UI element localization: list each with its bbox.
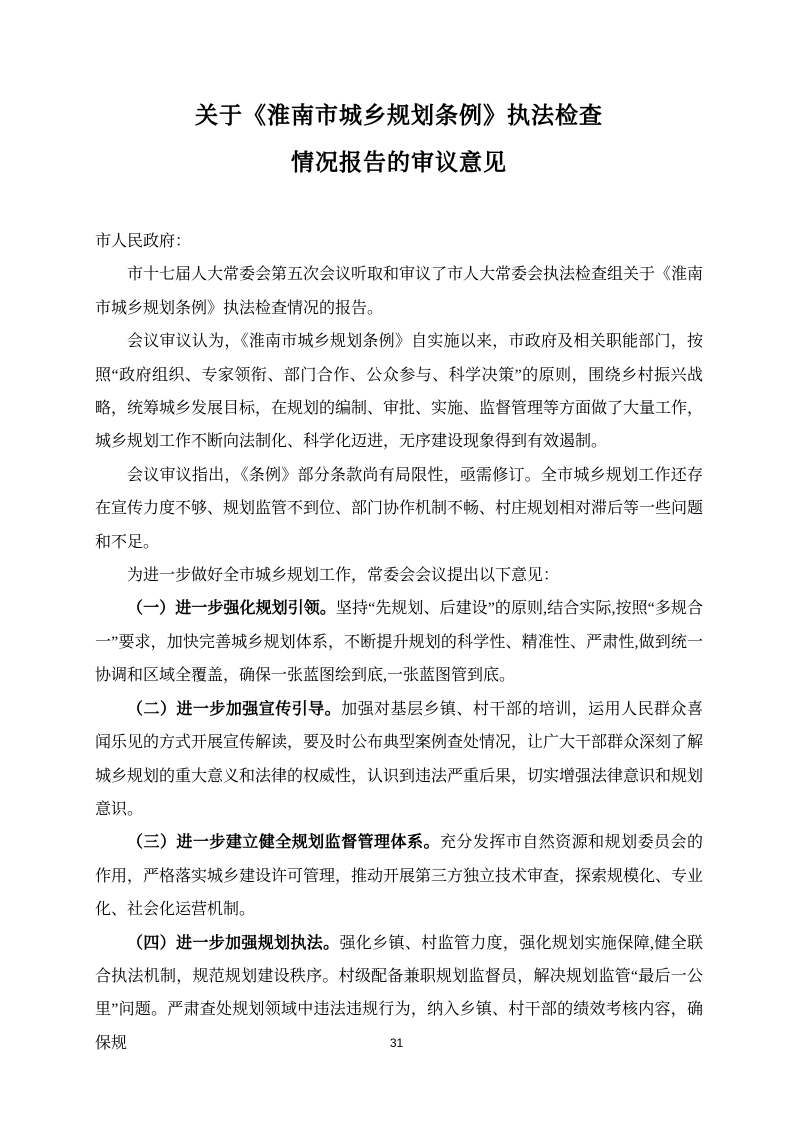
salutation: 市人民政府： (95, 225, 703, 258)
document-content: 关于《淮南市城乡规划条例》执法检查 情况报告的审议意见 市人民政府： 市十七届人… (95, 0, 703, 1060)
paragraph-text: 为进一步做好全市城乡规划工作，常委会会议提出以下意见： (127, 567, 559, 584)
paragraph-text: 会议审议认为，《淮南市城乡规划条例》自实施以来，市政府及相关职能部门，按照“政府… (95, 333, 703, 450)
paragraph-list: 市十七届人大常委会第五次会议听取和审议了市人大常委会执法检查组关于《淮南市城乡规… (95, 258, 703, 1060)
paragraph: 为进一步做好全市城乡规划工作，常委会会议提出以下意见： (95, 559, 703, 592)
page-number: 31 (0, 1036, 793, 1050)
paragraph-lead: （三）进一步建立健全规划监督管理体系。 (127, 834, 440, 851)
paragraph-text: 强化乡镇、村监管力度，强化规划实施保障,健全联合执法机制，规范规划建设秩序。村级… (95, 935, 703, 1052)
paragraph: 市十七届人大常委会第五次会议听取和审议了市人大常委会执法检查组关于《淮南市城乡规… (95, 258, 703, 325)
document-page: 关于《淮南市城乡规划条例》执法检查 情况报告的审议意见 市人民政府： 市十七届人… (0, 0, 793, 1122)
paragraph: （三）进一步建立健全规划监督管理体系。充分发挥市自然资源和规划委员会的作用，严格… (95, 826, 703, 926)
paragraph-lead: （四）进一步加强规划执法。 (127, 935, 339, 952)
paragraph: （二）进一步加强宣传引导。加强对基层乡镇、村干部的培训，运用人民群众喜闻乐见的方… (95, 693, 703, 827)
paragraph: 会议审议指出，《条例》部分条款尚有局限性，亟需修订。全市城乡规划工作还存在宣传力… (95, 459, 703, 559)
title-line-1: 关于《淮南市城乡规划条例》执法检查 (95, 92, 703, 139)
paragraph: （一）进一步强化规划引领。坚持“先规划、后建设”的原则,结合实际,按照“多规合一… (95, 592, 703, 692)
paragraph-lead: （二）进一步加强宣传引导。 (127, 701, 341, 718)
paragraph: 会议审议认为，《淮南市城乡规划条例》自实施以来，市政府及相关职能部门，按照“政府… (95, 325, 703, 459)
paragraph-lead: （一）进一步强化规划引领。 (127, 600, 336, 617)
title-line-2: 情况报告的审议意见 (95, 139, 703, 186)
document-title: 关于《淮南市城乡规划条例》执法检查 情况报告的审议意见 (95, 92, 703, 186)
document-body: 市人民政府： 市十七届人大常委会第五次会议听取和审议了市人大常委会执法检查组关于… (95, 225, 703, 1060)
paragraph-text: 加强对基层乡镇、村干部的培训，运用人民群众喜闻乐见的方式开展宣传解读，要及时公布… (95, 701, 703, 818)
paragraph-text: 市十七届人大常委会第五次会议听取和审议了市人大常委会执法检查组关于《淮南市城乡规… (95, 266, 703, 316)
paragraph-text: 会议审议指出，《条例》部分条款尚有局限性，亟需修订。全市城乡规划工作还存在宣传力… (95, 467, 703, 551)
